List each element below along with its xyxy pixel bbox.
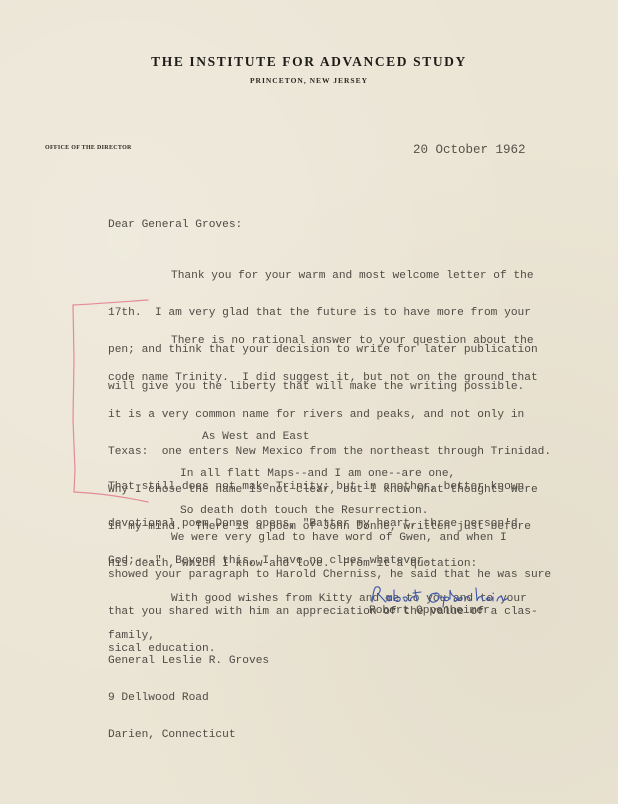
text-line: That still does not make Trinity; but in… bbox=[108, 481, 528, 493]
typed-signature: Robert Oppenheimer bbox=[369, 605, 490, 617]
letterhead-institution: THE INSTITUTE FOR ADVANCED STUDY bbox=[0, 54, 618, 70]
text-line: Thank you for your warm and most welcome… bbox=[108, 270, 528, 282]
recipient-address: General Leslie R. Groves 9 Dellwood Road… bbox=[108, 630, 528, 754]
text-line: We were very glad to have word of Gwen, … bbox=[108, 532, 528, 544]
poem-line: As West and East bbox=[180, 431, 600, 443]
address-line: Darien, Connecticut bbox=[108, 729, 528, 741]
address-line: General Leslie R. Groves bbox=[108, 655, 528, 667]
address-line: 9 Dellwood Road bbox=[108, 692, 528, 704]
letter-date: 20 October 1962 bbox=[413, 143, 526, 157]
text-line: There is no rational answer to your ques… bbox=[108, 335, 528, 347]
office-label: OFFICE OF THE DIRECTOR bbox=[45, 145, 132, 151]
text-line: code name Trinity. I did suggest it, but… bbox=[108, 372, 528, 384]
letterhead-location: PRINCETON, NEW JERSEY bbox=[0, 76, 618, 85]
salutation: Dear General Groves: bbox=[108, 219, 528, 231]
